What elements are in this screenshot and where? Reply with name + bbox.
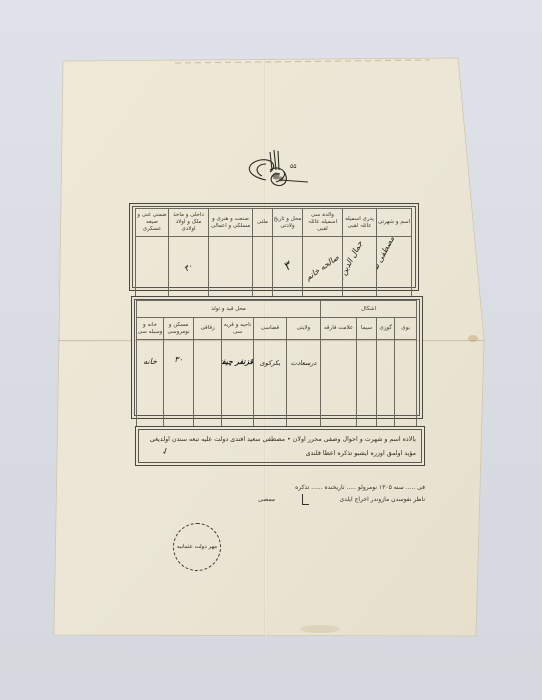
table-header-row: بوی گوزی سیما علامت فارقه ولایتی قضاسی ن…: [137, 318, 417, 340]
stain: [300, 625, 340, 633]
cell-village: قزنفر چیفتلک: [222, 340, 254, 429]
cell-marks: [321, 340, 357, 429]
group-registry-place: محل قید و تولد: [137, 301, 321, 318]
group-header-row: اشکال محل قید و تولد: [137, 301, 417, 318]
header-marks: علامت فارقه: [321, 318, 357, 340]
table-row: درسعادت بکرکوی قزنفر چیفتلک ۳۰ خانه: [137, 340, 417, 429]
cell-height: [395, 340, 417, 429]
check-mark-icon: ✓: [161, 446, 172, 458]
date-line: فی ..... سنه ۱۳۰۵ نومرولو ..... تاریخنده…: [140, 484, 425, 491]
cell-property: ٣٠: [169, 237, 209, 300]
header-military: ضمنی غنی و صیغه عسکری: [136, 209, 169, 237]
cell-household: خانه: [137, 340, 164, 429]
cell-military: [136, 237, 169, 300]
cell-street: [194, 340, 222, 429]
statement-line-1: بالاده اسم و شهرت و احوال وصفی محرر اولا…: [150, 436, 416, 443]
header-village: ناحیه و قریه سی: [222, 318, 254, 340]
stain: [468, 335, 478, 342]
header-father: پدری اسمیله عائلہ لقبی: [343, 209, 377, 237]
tughra-icon: ۵۵: [236, 146, 316, 192]
table-row: مصطفی سعید افندی جمال الدین افندی صالحه …: [136, 237, 412, 300]
header-profession: صنعت و هنری و مسلکی و اعمالی: [209, 209, 253, 237]
cell-district: بکرکوی: [254, 340, 287, 429]
header-name: اسم و شهرتی: [377, 209, 412, 237]
certification-statement: بالاده اسم و شهرت و احوال وصفی محرر اولا…: [135, 426, 425, 466]
description-table: اشکال محل قید و تولد بوی گوزی سیما علامت…: [136, 300, 417, 429]
header-birth: محل و تاریخ ولادتی: [273, 209, 303, 237]
seal-text: مهر دولت عثمانیه: [177, 544, 217, 550]
header-height: بوی: [395, 318, 417, 340]
cell-face: [357, 340, 377, 429]
header-house-number: مسکن و نومروسی: [164, 318, 194, 340]
header-street: زقاقی: [194, 318, 222, 340]
cell-province: درسعادت: [287, 340, 321, 429]
statement-line-2: مؤید اولمق اوزره ایشبو تذکره اعطا قلندی: [306, 450, 416, 457]
cell-name: مصطفی سعید افندی: [377, 237, 412, 300]
personal-info-table: اسم و شهرتی پدری اسمیله عائلہ لقبی والدہ…: [135, 208, 412, 300]
header-property: داخلی و ماخذ ملک و اولاد اولادی: [169, 209, 209, 237]
group-appearance: اشکال: [321, 301, 417, 318]
official-seal: مهر دولت عثمانیه: [173, 523, 221, 571]
header-eyes: گوزی: [377, 318, 395, 340]
cell-house-number: ۳۰: [164, 340, 194, 429]
header-nation: ملتی: [253, 209, 273, 237]
document-paper: ۵۵ اسم و شهرتی پدری اسمیله عائلہ لقبی وا…: [0, 0, 542, 700]
signature: ممضی: [258, 496, 275, 503]
header-province: ولایتی: [287, 318, 321, 340]
header-mother: والدہ سی اسمیله عائلہ لقبی: [303, 209, 343, 237]
header-district: قضاسی: [254, 318, 287, 340]
header-household: خانه و وسیله سی: [137, 318, 164, 340]
svg-text:۵۵: ۵۵: [290, 163, 296, 170]
cell-eyes: [377, 340, 395, 429]
registry-line: ناظر نفوسدن مازوندر اخراج ایلدی: [300, 496, 425, 503]
table-header-row: اسم و شهرتی پدری اسمیله عائلہ لقبی والدہ…: [136, 209, 412, 237]
cell-nation: [253, 237, 273, 300]
cell-father: جمال الدین افندی: [343, 237, 377, 300]
header-face: سیما: [357, 318, 377, 340]
cell-birth: ٣: [273, 237, 303, 300]
bracket: [302, 494, 309, 505]
cell-profession: [209, 237, 253, 300]
cell-mother: صالحه خانم: [303, 237, 343, 300]
